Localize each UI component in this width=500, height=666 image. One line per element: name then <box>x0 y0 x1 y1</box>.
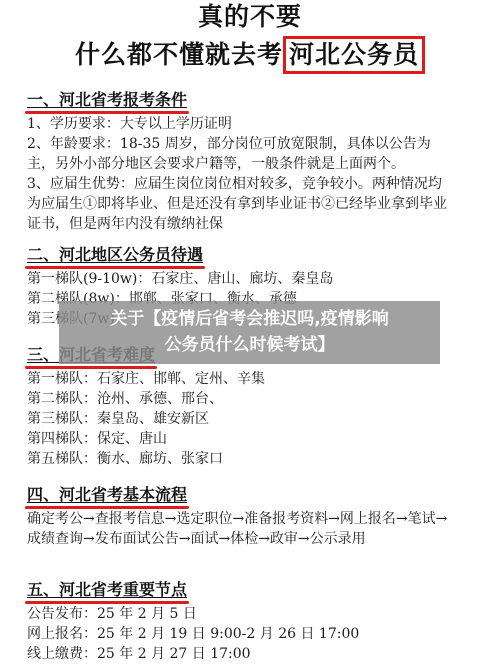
difficulty-tier-2: 第二梯队：沧州、承德、邢台、 <box>27 389 477 409</box>
difficulty-tier-5: 第五梯队：衡水、廊坊、张家口 <box>27 449 477 469</box>
requirement-age: 2、年龄要求：18-35 周岁，部分岗位可放宽限制，具体以公告为主，另外小部分地… <box>27 134 452 174</box>
difficulty-tier-1: 第一梯队：石家庄、邯郸、定州、辛集 <box>27 369 477 389</box>
section-heading: 二、河北地区公务员待遇 <box>27 245 203 267</box>
title-highlight-box: 河北公务员 <box>283 36 425 74</box>
date-announcement: 公告发布：25 年 2 月 5 日 <box>27 604 477 624</box>
difficulty-tier-4: 第四梯队：保定、唐山 <box>27 429 477 449</box>
page-title-line1: 真的不要 <box>0 2 500 32</box>
caption-overlay-banner: 关于【疫情后省考会推迟吗,疫情影响 公务员什么时候考试】 <box>59 301 440 364</box>
section-heading: 五、河北省考重要节点 <box>27 580 187 602</box>
section-heading: 四、河北省考基本流程 <box>27 485 187 507</box>
difficulty-tier-3: 第三梯队：秦皇岛、雄安新区 <box>27 409 477 429</box>
page-title-line2: 什么都不懂就去考河北公务员 <box>0 36 500 74</box>
overlay-line2: 公务员什么时候考试】 <box>59 332 440 358</box>
overlay-line1: 关于【疫情后省考会推迟吗,疫情影响 <box>59 306 440 332</box>
process-steps: 确定考公→查报考信息→选定职位→准备报考资料→网上报名→笔试→成绩查询→发布面试… <box>27 509 452 549</box>
salary-tier-1: 第一梯队(9-10w)：石家庄、唐山、廊坊、秦皇岛 <box>27 269 477 289</box>
section-key-dates: 五、河北省考重要节点 公告发布：25 年 2 月 5 日 网上报名：25 年 2… <box>27 580 477 664</box>
section-process: 四、河北省考基本流程 确定考公→查报考信息→选定职位→准备报考资料→网上报名→笔… <box>27 485 477 549</box>
section-heading: 一、河北省考报考条件 <box>27 90 187 112</box>
date-payment: 线上缴费：25 年 2 月 27 日 17:00 <box>27 644 477 664</box>
requirement-graduate: 3、应届生优势：应届生岗位岗位相对较多，竞争较小。两种情况均为应届生①即将毕业、… <box>27 174 452 234</box>
requirement-education: 1、学历要求：大专以上学历证明 <box>27 114 477 134</box>
section-requirements: 一、河北省考报考条件 1、学历要求：大专以上学历证明 2、年龄要求：18-35 … <box>27 90 477 234</box>
date-registration: 网上报名：25 年 2 月 19 日 9:00-2 月 26 日 17:00 <box>27 624 477 644</box>
title-prefix: 什么都不懂就去考 <box>75 40 283 69</box>
